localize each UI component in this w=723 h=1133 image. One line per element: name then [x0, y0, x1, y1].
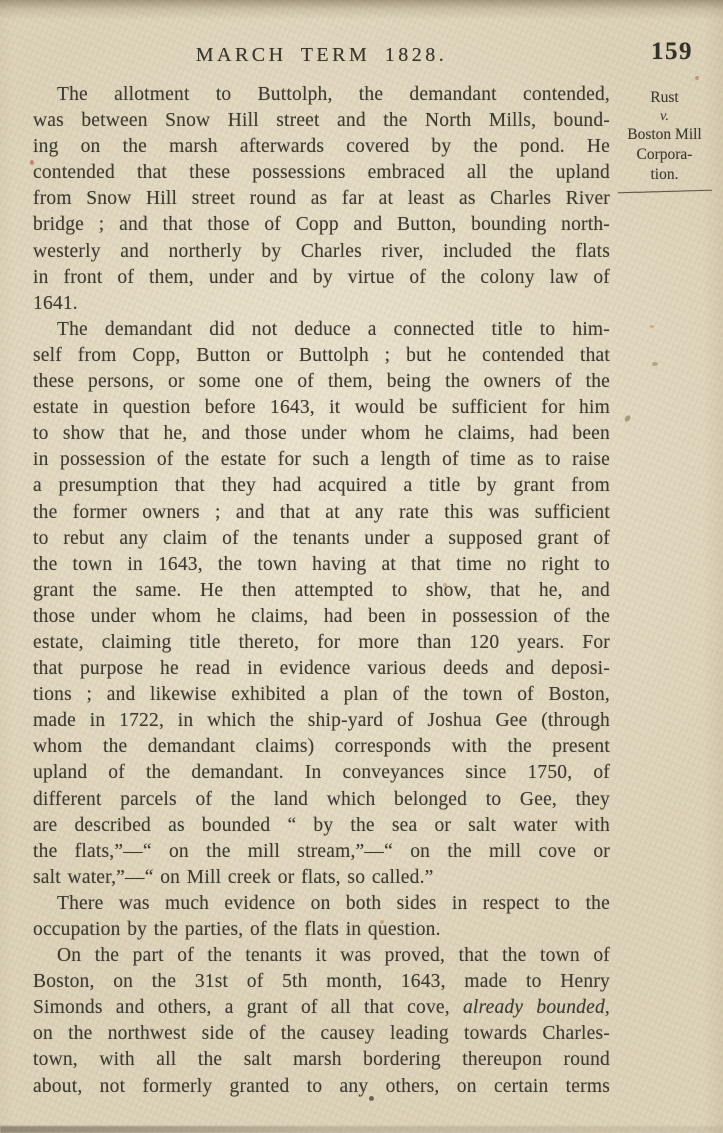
text-line: self from Copp, Button or Buttolph ; but…: [33, 343, 610, 369]
text-line: whom the demandant claims) corresponds w…: [33, 734, 610, 760]
text-line: The demandant did not deduce a connected…: [33, 317, 610, 343]
text-line: the town in 1643, the town having at tha…: [33, 552, 610, 578]
text-line: The allotment to Buttolph, the demandant…: [33, 82, 610, 108]
text-line: occupation by the parties, of the flats …: [33, 917, 610, 943]
text-line: Simonds and others, a grant of all that …: [33, 995, 610, 1021]
text-line: bridge ; and that those of Copp and Butt…: [33, 212, 610, 238]
text-line: tions ; and likewise exhibited a plan of…: [33, 682, 610, 708]
text-line: about, not formerly granted to any other…: [33, 1074, 610, 1100]
text-line: Boston, on the 31st of 5th month, 1643, …: [33, 969, 610, 995]
text-line: a presumption that they had acquired a t…: [33, 473, 610, 499]
page-bottom-shadow: [0, 1126, 723, 1133]
text-line: these persons, or some one of them, bein…: [33, 369, 610, 395]
text-line: in front of them, under and by virtue of…: [33, 265, 610, 291]
text-line: grant the same. He then attempted to sho…: [33, 578, 610, 604]
text-line: was between Snow Hill street and the Nor…: [33, 108, 610, 134]
text-line: upland of the demandant. In conveyances …: [33, 760, 610, 786]
text-line: to show that he, and those under whom he…: [33, 421, 610, 447]
paragraph: On the part of the tenants it was proved…: [33, 943, 610, 1100]
paragraph: There was much evidence on both sides in…: [33, 891, 610, 943]
text-line: in possession of the estate for such a l…: [33, 447, 610, 473]
text-line: on the northwest side of the causey lead…: [33, 1021, 610, 1047]
foxing-spot: [695, 76, 699, 80]
sidenote-line: v.: [613, 108, 716, 125]
text-line: those under whom he claims, had been in …: [33, 604, 610, 630]
text-line: the flats,”—“ on the mill stream,”—“ on …: [33, 839, 610, 865]
foxing-spot: [650, 325, 654, 328]
text-line: contended that these possessions embrace…: [33, 160, 610, 186]
foxing-spot: [652, 362, 658, 366]
paragraph: The demandant did not deduce a connected…: [33, 317, 610, 891]
text-line: town, with all the salt marsh bordering …: [33, 1047, 610, 1073]
text-line: from Snow Hill street round as far at le…: [33, 186, 610, 212]
text-line: estate in question before 1643, it would…: [33, 395, 610, 421]
running-header: MARCH TERM 1828.: [33, 44, 610, 67]
sidenote-line: Boston Mill: [613, 125, 716, 145]
page-number: 159: [651, 38, 693, 66]
text-line: salt water,”—“ on Mill creek or flats, s…: [33, 865, 610, 891]
text-line: 1641.: [33, 291, 610, 317]
sidenote-line: Rust: [613, 88, 716, 108]
text-line: that purpose he read in evidence various…: [33, 656, 610, 682]
case-sidenote: Rustv.Boston MillCorpora-tion.: [613, 88, 716, 192]
text-line: On the part of the tenants it was proved…: [33, 943, 610, 969]
text-line: estate, claiming title thereto, for more…: [33, 630, 610, 656]
sidenote-case-name: Rustv.Boston MillCorpora-tion.: [613, 88, 716, 185]
text-line: different parcels of the land which belo…: [33, 787, 610, 813]
scanned-page: MARCH TERM 1828. 159 The allotment to Bu…: [0, 0, 723, 1133]
text-line: ing on the marsh afterwards covered by t…: [33, 134, 610, 160]
page-top-shadow: [0, 0, 723, 20]
sidenote-rule: [618, 190, 712, 194]
foxing-spot: [623, 414, 631, 423]
sidenote-line: Corpora-: [613, 145, 716, 165]
text-line: the former owners ; and that at any rate…: [33, 500, 610, 526]
paragraph: The allotment to Buttolph, the demandant…: [33, 82, 610, 317]
text-line: westerly and northerly by Charles river,…: [33, 239, 610, 265]
body-text: The allotment to Buttolph, the demandant…: [33, 82, 610, 1100]
text-line: There was much evidence on both sides in…: [33, 891, 610, 917]
text-line: made in 1722, in which the ship-yard of …: [33, 708, 610, 734]
sidenote-line: tion.: [613, 165, 716, 185]
text-line: are described as bounded “ by the sea or…: [33, 813, 610, 839]
text-line: to rebut any claim of the tenants under …: [33, 526, 610, 552]
